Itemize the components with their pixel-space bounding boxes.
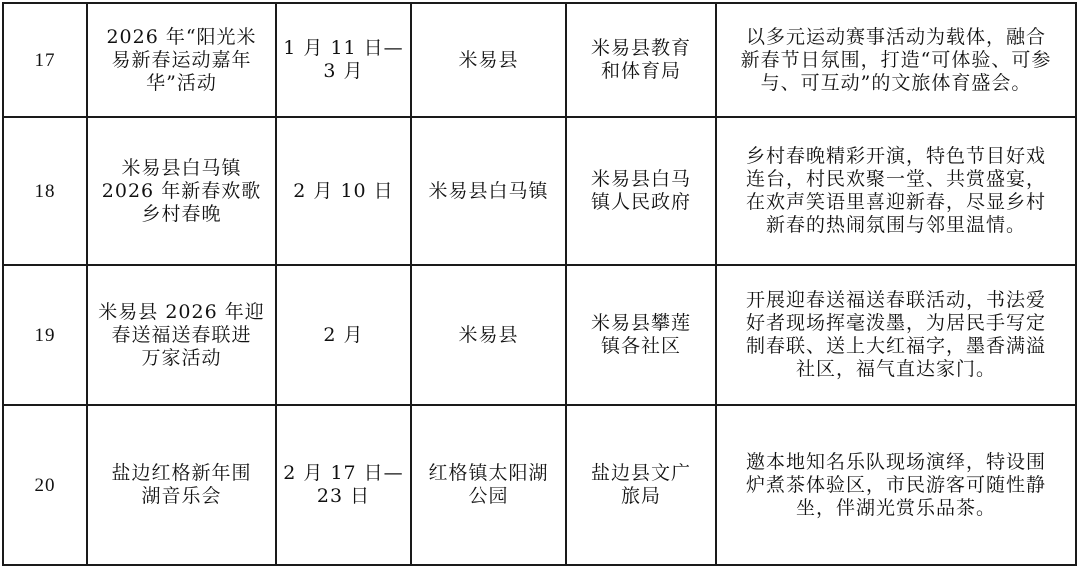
text-line: 邀本地知名乐队现场演绎，特设围 (717, 451, 1075, 474)
text-line: 米易县白马镇 (412, 180, 565, 203)
text-line: 米易县攀莲 (567, 312, 715, 335)
cell-time: 2 月 17 日— 23 日 (276, 405, 411, 565)
text-line: 2 月 10 日 (277, 180, 410, 203)
text-line: 米易县 2026 年迎 (88, 301, 275, 324)
text-line: 红格镇太阳湖 (412, 462, 565, 485)
cell-description: 以多元运动赛事活动为载体，融合 新春节日氛围，打造“可体验、可参 与、可互动”的… (716, 3, 1076, 117)
cell-place: 米易县白马镇 (411, 117, 566, 265)
cell-place: 红格镇太阳湖 公园 (411, 405, 566, 565)
text-line: 春送福送春联进 (88, 324, 275, 347)
text-line: 2 月 (277, 324, 410, 347)
text-line: 湖音乐会 (88, 485, 275, 508)
text-line: 万家活动 (88, 347, 275, 370)
text-line: 米易县 (412, 49, 565, 72)
text-line: 23 日 (277, 485, 410, 508)
text-line: 米易县白马 (567, 168, 715, 191)
text-line: 开展迎春送福送春联活动，书法爱 (717, 289, 1075, 312)
cell-event-name: 米易县白马镇 2026 年新春欢歌 乡村春晚 (87, 117, 276, 265)
text-line: 好者现场挥毫泼墨，为居民手写定 (717, 312, 1075, 335)
text-line: 盐边县文广 (567, 462, 715, 485)
cell-place: 米易县 (411, 265, 566, 405)
text-line: 以多元运动赛事活动为载体，融合 (717, 26, 1075, 49)
table-row: 20 盐边红格新年围 湖音乐会 2 月 17 日— 23 日 红格镇太阳湖 公园… (3, 405, 1076, 565)
text-line: 乡村春晚 (88, 203, 275, 226)
event-table-page: 17 2026 年“阳光米 易新春运动嘉年 华”活动 1 月 11 日— 3 月… (2, 2, 1077, 566)
text-line: 坐，伴湖光赏乐品茶。 (717, 497, 1075, 520)
cell-description: 开展迎春送福送春联活动，书法爱 好者现场挥毫泼墨，为居民手写定 制春联、送上大红… (716, 265, 1076, 405)
text-line: 新春节日氛围，打造“可体验、可参 (717, 49, 1075, 72)
text-line: 在欢声笑语里喜迎新春，尽显乡村 (717, 191, 1075, 214)
cell-organizer: 米易县攀莲 镇各社区 (566, 265, 716, 405)
text-line: 华”活动 (88, 72, 275, 95)
text-line: 旅局 (567, 485, 715, 508)
table-row: 17 2026 年“阳光米 易新春运动嘉年 华”活动 1 月 11 日— 3 月… (3, 3, 1076, 117)
cell-time: 2 月 10 日 (276, 117, 411, 265)
text-line: 新春的热闹氛围与邻里温情。 (717, 214, 1075, 237)
text-line: 镇各社区 (567, 335, 715, 358)
text-line: 公园 (412, 485, 565, 508)
cell-description: 乡村春晚精彩开演，特色节目好戏 连台，村民欢聚一堂、共赏盛宴， 在欢声笑语里喜迎… (716, 117, 1076, 265)
cell-event-name: 米易县 2026 年迎 春送福送春联进 万家活动 (87, 265, 276, 405)
cell-number: 20 (3, 405, 87, 565)
cell-organizer: 盐边县文广 旅局 (566, 405, 716, 565)
table-row: 18 米易县白马镇 2026 年新春欢歌 乡村春晚 2 月 10 日 米易县白马… (3, 117, 1076, 265)
text-line: 镇人民政府 (567, 191, 715, 214)
text-line: 和体育局 (567, 60, 715, 83)
text-line: 米易县 (412, 324, 565, 347)
text-line: 2 月 17 日— (277, 462, 410, 485)
cell-number: 17 (3, 3, 87, 117)
text-line: 盐边红格新年围 (88, 462, 275, 485)
text-line: 2026 年“阳光米 (88, 26, 275, 49)
cell-event-name: 2026 年“阳光米 易新春运动嘉年 华”活动 (87, 3, 276, 117)
cell-event-name: 盐边红格新年围 湖音乐会 (87, 405, 276, 565)
cell-organizer: 米易县教育 和体育局 (566, 3, 716, 117)
cell-time: 1 月 11 日— 3 月 (276, 3, 411, 117)
cell-number: 18 (3, 117, 87, 265)
text-line: 米易县教育 (567, 37, 715, 60)
text-line: 社区，福气直达家门。 (717, 358, 1075, 381)
text-line: 易新春运动嘉年 (88, 49, 275, 72)
text-line: 米易县白马镇 (88, 157, 275, 180)
table-row: 19 米易县 2026 年迎 春送福送春联进 万家活动 2 月 米易县 米易县攀… (3, 265, 1076, 405)
text-line: 2026 年新春欢歌 (88, 180, 275, 203)
text-line: 3 月 (277, 60, 410, 83)
text-line: 连台，村民欢聚一堂、共赏盛宴， (717, 168, 1075, 191)
text-line: 1 月 11 日— (277, 37, 410, 60)
text-line: 制春联、送上大红福字，墨香满溢 (717, 335, 1075, 358)
cell-description: 邀本地知名乐队现场演绎，特设围 炉煮茶体验区，市民游客可随性静 坐，伴湖光赏乐品… (716, 405, 1076, 565)
cell-number: 19 (3, 265, 87, 405)
cell-time: 2 月 (276, 265, 411, 405)
text-line: 乡村春晚精彩开演，特色节目好戏 (717, 145, 1075, 168)
cell-organizer: 米易县白马 镇人民政府 (566, 117, 716, 265)
text-line: 与、可互动”的文旅体育盛会。 (717, 72, 1075, 95)
text-line: 炉煮茶体验区，市民游客可随性静 (717, 474, 1075, 497)
cell-place: 米易县 (411, 3, 566, 117)
events-table: 17 2026 年“阳光米 易新春运动嘉年 华”活动 1 月 11 日— 3 月… (2, 2, 1077, 566)
